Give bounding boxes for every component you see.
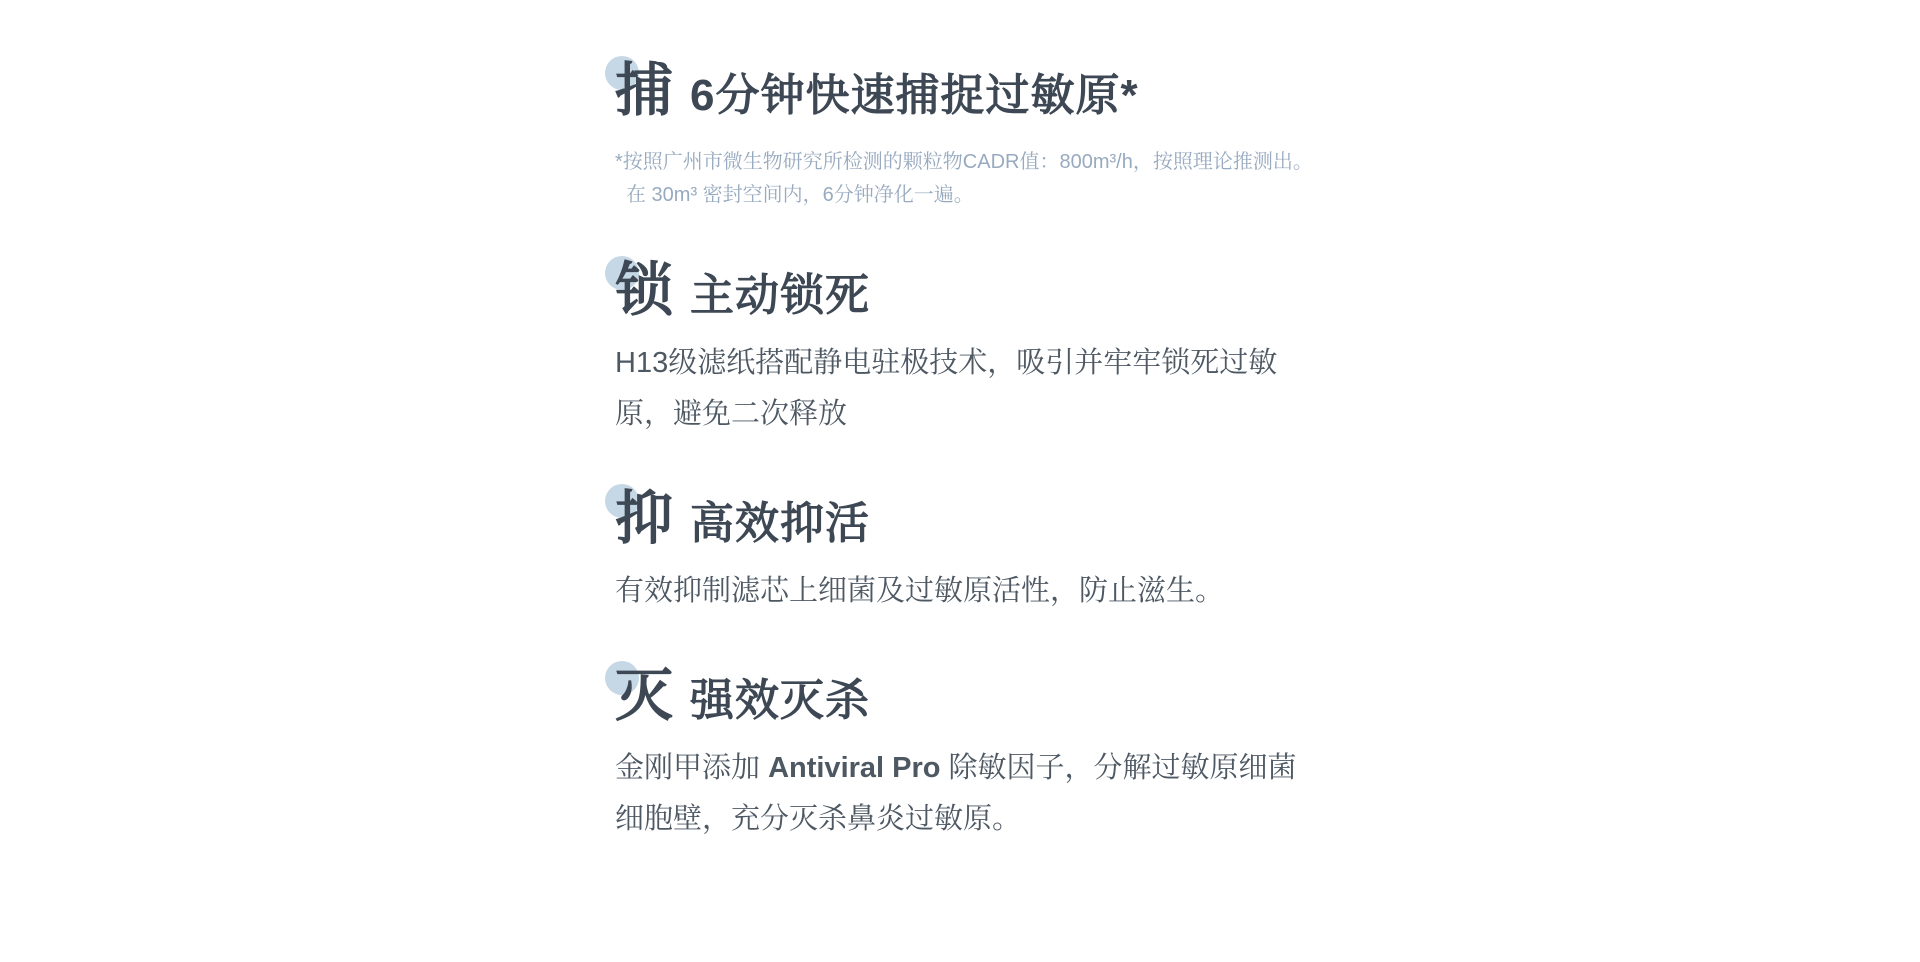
feature-title: 6分钟快速捕捉过敏原* [690, 74, 1139, 118]
brand-term: Antiviral Pro [768, 752, 940, 784]
feature-section-lock: 锁 主动锁死 H13级滤纸搭配静电驻极技术，吸引并牢牢锁死过敏原，避免二次释放 [615, 262, 1305, 440]
feature-section-capture: 捕 6分钟快速捕捉过敏原* *按照广州市微生物研究所检测的颗粒物CADR值：80… [615, 62, 1305, 212]
feature-description: H13级滤纸搭配静电驻极技术，吸引并牢牢锁死过敏原，避免二次释放 [615, 338, 1305, 440]
lead-char-wrap: 锁 [615, 262, 674, 320]
feature-heading: 锁 主动锁死 [615, 262, 1305, 320]
feature-lead-char: 锁 [615, 258, 674, 323]
feature-heading: 捕 6分钟快速捕捉过敏原* [615, 62, 1305, 120]
footnote-line: *按照广州市微生物研究所检测的颗粒物CADR值：800m³/h，按照理论推测出。 [615, 146, 1305, 179]
feature-section-kill: 灭 强效灭杀 金刚甲添加 Antiviral Pro 除敏因子，分解过敏原细菌细… [615, 667, 1305, 845]
feature-lead-char: 捕 [615, 58, 674, 123]
feature-content: 捕 6分钟快速捕捉过敏原* *按照广州市微生物研究所检测的颗粒物CADR值：80… [615, 0, 1305, 845]
feature-heading: 抑 高效抑活 [615, 490, 1305, 548]
feature-description: 金刚甲添加 Antiviral Pro 除敏因子，分解过敏原细菌细胞壁，充分灭杀… [615, 743, 1305, 845]
description-text: 金刚甲添加 [615, 752, 768, 784]
lead-char-wrap: 抑 [615, 490, 674, 548]
cadr-footnote: *按照广州市微生物研究所检测的颗粒物CADR值：800m³/h，按照理论推测出。… [615, 146, 1305, 212]
feature-title: 强效灭杀 [690, 679, 870, 723]
feature-lead-char: 灭 [615, 663, 674, 728]
feature-heading: 灭 强效灭杀 [615, 667, 1305, 725]
lead-char-wrap: 灭 [615, 667, 674, 725]
feature-lead-char: 抑 [615, 486, 674, 551]
feature-section-inhibit: 抑 高效抑活 有效抑制滤芯上细菌及过敏原活性，防止滋生。 [615, 490, 1305, 617]
footnote-line: 在 30m³ 密封空间内，6分钟净化一遍。 [615, 179, 1305, 212]
feature-title: 主动锁死 [690, 274, 870, 318]
feature-title: 高效抑活 [690, 502, 870, 546]
feature-description: 有效抑制滤芯上细菌及过敏原活性，防止滋生。 [615, 566, 1305, 617]
lead-char-wrap: 捕 [615, 62, 674, 120]
